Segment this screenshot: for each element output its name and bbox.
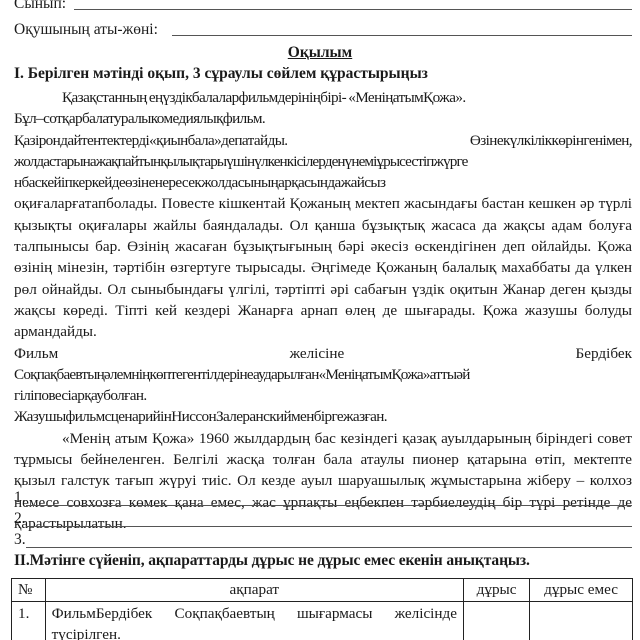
answer-line[interactable]: 2. (14, 509, 632, 530)
paragraph: ЖазушыфильмсценарийінНиссонЗалеранскийме… (14, 406, 632, 427)
paragraph: жолдастарынажақпайтынқылықтарыүшінүлкенк… (14, 151, 632, 172)
false-answer-cell[interactable] (530, 602, 633, 640)
row-info: ФильмБердібек Соқпақбаевтың шығармасы же… (45, 602, 463, 640)
answer-line[interactable]: 1. (14, 488, 632, 509)
paragraph: нбаскейіпкеркейдеөзіненересекжолдасыныңа… (14, 172, 632, 193)
task1-heading: I. Берілген мәтінді оқып, 3 сұраулы сөйл… (14, 65, 428, 83)
student-name-label: Оқушының аты-жөні: (14, 20, 158, 40)
class-label: Сынып: (14, 0, 66, 14)
paragraph: Соқпақбаевтыңәлемніңкөптегентілдерінеауд… (14, 364, 632, 385)
section-title: Оқылым (0, 44, 640, 62)
text-fragment: желісіне (290, 343, 345, 364)
header-info: ақпарат (45, 579, 463, 602)
paragraph: Қазірондайтентектерді«қиынбала»депатайды… (14, 130, 632, 151)
task2-heading: II.Мәтінге сүйеніп, ақпараттарды дұрыс н… (14, 552, 530, 570)
answer-line[interactable]: 3. (14, 530, 632, 551)
answer-number: 1. (14, 489, 26, 507)
text-fragment: Бердібек (576, 343, 632, 364)
answer-lines: 1. 2. 3. (14, 488, 632, 551)
header-number: № (12, 579, 46, 602)
reading-text: Қазақстанның еңүздікбалаларфильмдерініңб… (14, 87, 632, 534)
paragraph: оқиғаларғатапболады. Повесте кішкентай Қ… (14, 193, 632, 342)
table-row: 1. ФильмБердібек Соқпақбаевтың шығармасы… (12, 602, 633, 640)
answer-blank[interactable] (26, 547, 632, 548)
row-number: 1. (12, 602, 46, 640)
class-blank-line[interactable] (74, 9, 632, 10)
answer-number: 2. (14, 510, 26, 528)
header-false: дұрыс емес (530, 579, 633, 602)
text-fragment: Өзінекүлкіліккөрінгенімен, (470, 130, 632, 151)
header-true: дұрыс (464, 579, 530, 602)
answer-number: 3. (14, 531, 26, 549)
true-answer-cell[interactable] (464, 602, 530, 640)
student-name-blank-line[interactable] (172, 35, 632, 36)
student-name-field: Оқушының аты-жөні: (14, 20, 632, 40)
paragraph: Бұл–сотқарбалатуралыкомедиялықфильм. (14, 108, 632, 129)
class-field: Сынып: (14, 0, 632, 14)
paragraph: Қазақстанның еңүздікбалаларфильмдерініңб… (14, 87, 632, 108)
answer-blank[interactable] (26, 505, 632, 506)
paragraph: гіліповесіарқауболған. (14, 385, 632, 406)
text-fragment: Фильм (14, 343, 58, 364)
true-false-table: № ақпарат дұрыс дұрыс емес 1. ФильмБерді… (11, 578, 633, 640)
text-fragment: Қазірондайтентектерді«қиынбала»депатайды… (14, 130, 288, 151)
table-header-row: № ақпарат дұрыс дұрыс емес (12, 579, 633, 602)
answer-blank[interactable] (26, 526, 632, 527)
paragraph: Фильм желісіне Бердібек (14, 343, 632, 364)
